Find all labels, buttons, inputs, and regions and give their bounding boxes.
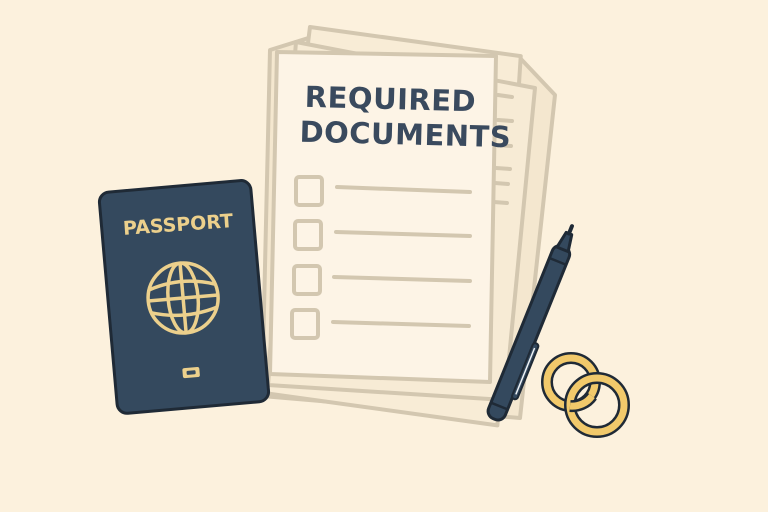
document-title: REQUIRED DOCUMENTS [299,80,481,155]
documents-illustration [0,0,768,512]
document-title-line2: DOCUMENTS [299,115,480,155]
rings-icon [547,358,624,432]
document-title-line1: REQUIRED [300,80,481,120]
